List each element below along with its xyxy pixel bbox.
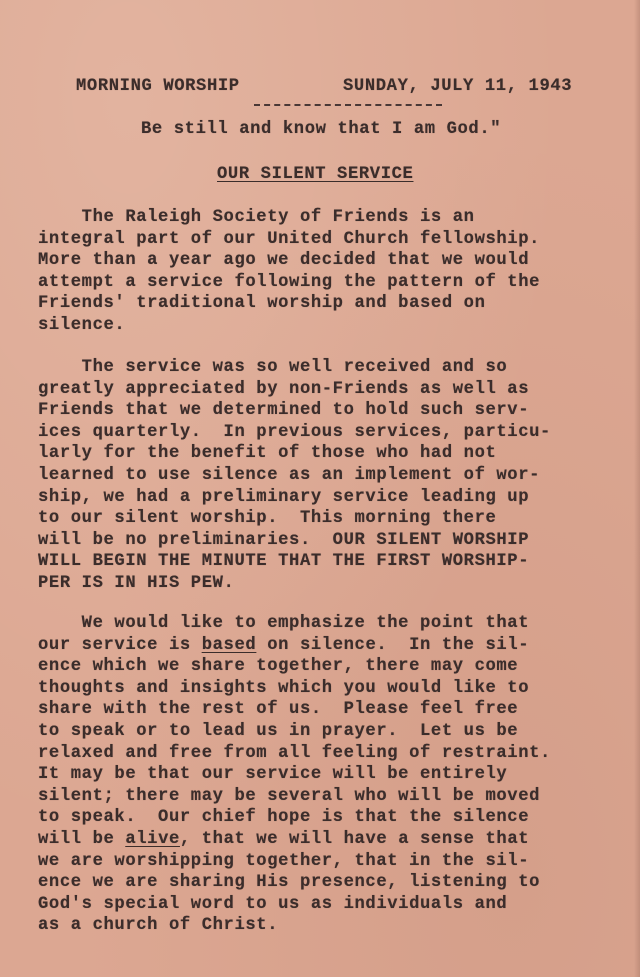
text-line: ship, we had a preliminary service leadi…: [38, 487, 551, 509]
text-line: We would like to emphasize the point tha…: [38, 613, 551, 635]
text-line: learned to use silence as an implement o…: [38, 465, 551, 487]
motto: Be still and know that I am God.": [141, 119, 501, 141]
text-line: integral part of our United Church fello…: [38, 229, 540, 251]
text-line: silence.: [38, 315, 540, 337]
text-line: attempt a service following the pattern …: [38, 272, 540, 294]
dashed-divider: [254, 104, 442, 106]
service-name: MORNING WORSHIP: [76, 76, 240, 98]
document-title: OUR SILENT SERVICE: [217, 164, 413, 186]
text-line: The service was so well received and so: [38, 357, 551, 379]
text-line: Friends' traditional worship and based o…: [38, 293, 540, 315]
text-line: greatly appreciated by non-Friends as we…: [38, 379, 551, 401]
text-line: WILL BEGIN THE MINUTE THAT THE FIRST WOR…: [38, 551, 551, 573]
text-line: to speak. Our chief hope is that the sil…: [38, 807, 551, 829]
underlined-word: based: [202, 636, 257, 655]
text-line: Friends that we determined to hold such …: [38, 400, 551, 422]
text-line: silent; there may be several who will be…: [38, 786, 551, 808]
text-line: relaxed and free from all feeling of res…: [38, 743, 551, 765]
text-line: to speak or to lead us in prayer. Let us…: [38, 721, 551, 743]
paper-edge: [634, 0, 640, 977]
text-line: God's special word to us as individuals …: [38, 894, 551, 916]
text-line: we are worshipping together, that in the…: [38, 851, 551, 873]
text-line: PER IS IN HIS PEW.: [38, 573, 551, 595]
text-line: It may be that our service will be entir…: [38, 764, 551, 786]
text-line: ence we are sharing His presence, listen…: [38, 872, 551, 894]
text-line: The Raleigh Society of Friends is an: [38, 207, 540, 229]
text-line: More than a year ago we decided that we …: [38, 250, 540, 272]
service-date: SUNDAY, JULY 11, 1943: [343, 76, 572, 98]
document-page: MORNING WORSHIP SUNDAY, JULY 11, 1943 Be…: [0, 0, 640, 977]
text-line: share with the rest of us. Please feel f…: [38, 699, 551, 721]
paragraph-2: The service was so well received and sog…: [38, 357, 551, 595]
paragraph-1: The Raleigh Society of Friends is aninte…: [38, 207, 540, 337]
text-line: to our silent worship. This morning ther…: [38, 508, 551, 530]
text-line: will be alive, that we will have a sense…: [38, 829, 551, 851]
text-line: ices quarterly. In previous services, pa…: [38, 422, 551, 444]
underlined-word: alive: [125, 830, 180, 849]
text-line: our service is based on silence. In the …: [38, 635, 551, 657]
text-line: ence which we share together, there may …: [38, 656, 551, 678]
paragraph-3: We would like to emphasize the point tha…: [38, 613, 551, 937]
text-line: larly for the benefit of those who had n…: [38, 443, 551, 465]
text-line: will be no preliminaries. OUR SILENT WOR…: [38, 530, 551, 552]
text-line: as a church of Christ.: [38, 915, 551, 937]
text-line: thoughts and insights which you would li…: [38, 678, 551, 700]
